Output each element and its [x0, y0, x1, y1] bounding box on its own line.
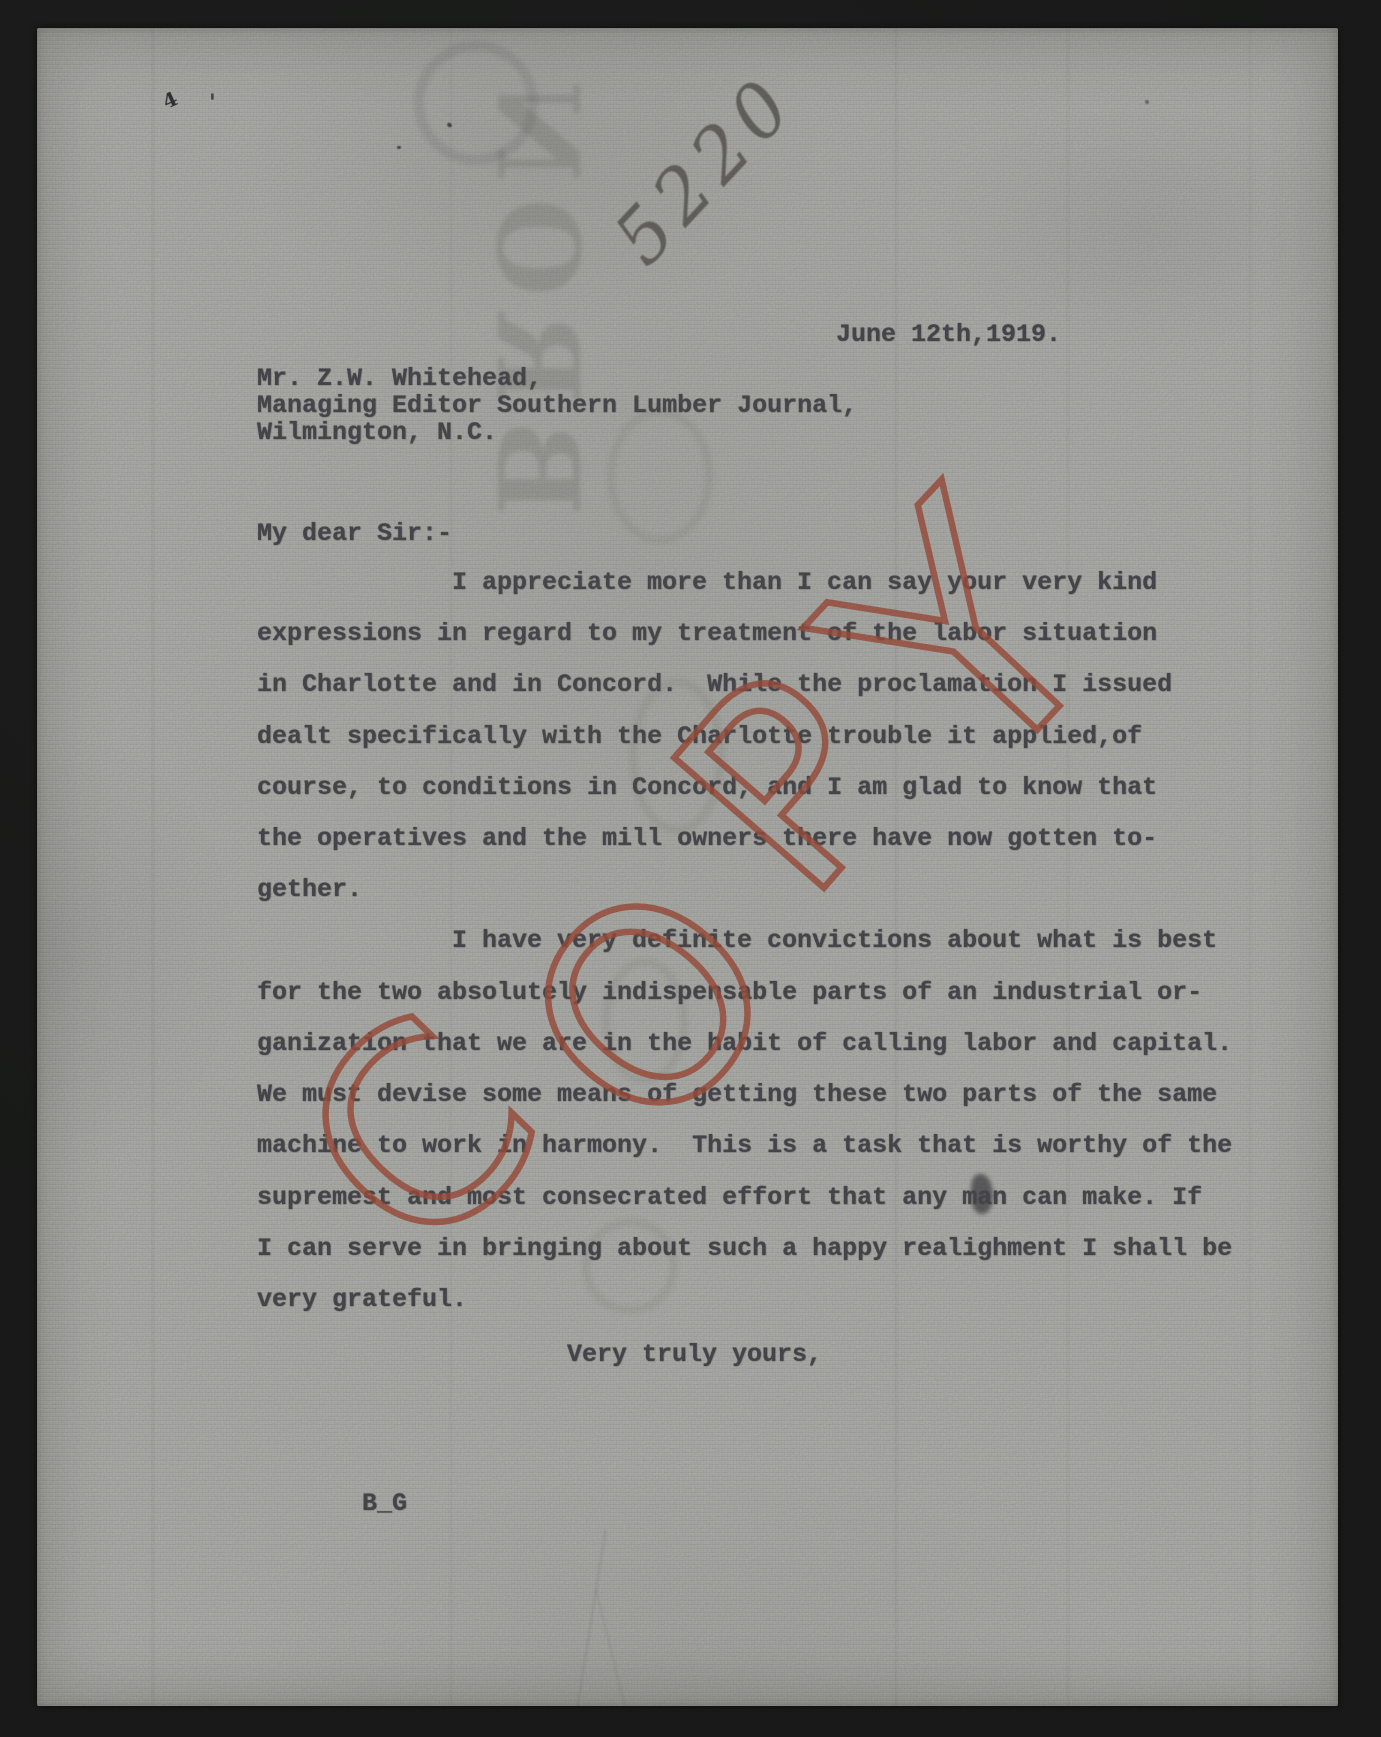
body-line: course, to conditions in Concord, and I … [257, 775, 1157, 801]
handwritten-catalog-number: 5220 [597, 77, 796, 282]
body-line: supremest and most consecrated effort th… [257, 1185, 1202, 1211]
body-line: I have very definite convictions about w… [452, 928, 1217, 954]
recipient-title: Managing Editor Southern Lumber Journal, [257, 393, 857, 419]
ink-speck [1145, 100, 1149, 104]
body-line: in Charlotte and in Concord. While the p… [257, 672, 1172, 698]
pen-quote-mark: ' [209, 90, 216, 116]
paper-crease [152, 28, 154, 1706]
body-line: dealt specifically with the Charlotte tr… [257, 724, 1142, 750]
recipient-name: Mr. Z.W. Whitehead, [257, 366, 542, 392]
letter-body: I appreciate more than I can say your ve… [257, 570, 1337, 1400]
body-line: We must devise some means of getting the… [257, 1082, 1217, 1108]
recipient-city: Wilmington, N.C. [257, 420, 497, 446]
body-line: expressions in regard to my treatment of… [257, 621, 1157, 647]
letter-page: BRON 4 ' 5220 June 12th,1919. Mr. Z.W. W… [37, 28, 1338, 1706]
body-line: gether. [257, 877, 362, 903]
body-line: machine to work in harmony. This is a ta… [257, 1133, 1232, 1159]
body-line: for the two absolutely indispensable par… [257, 980, 1202, 1006]
closing-line: Very truly yours, [567, 1342, 822, 1368]
body-line: ganization that we are in the habit of c… [257, 1031, 1232, 1057]
body-line: I can serve in bringing about such a hap… [257, 1236, 1232, 1262]
body-line: very grateful. [257, 1287, 467, 1313]
body-line: the operatives and the mill owners there… [257, 826, 1157, 852]
body-line: I appreciate more than I can say your ve… [452, 570, 1157, 596]
ink-speck [397, 146, 401, 149]
paper-crease [595, 1590, 631, 1706]
ghost-blob [607, 408, 713, 544]
letter-scan: BRON 4 ' 5220 June 12th,1919. Mr. Z.W. W… [0, 0, 1381, 1737]
salutation: My dear Sir:- [257, 521, 452, 547]
date-line: June 12th,1919. [836, 322, 1061, 348]
pen-tick-mark: 4 [159, 86, 181, 114]
typist-initials: B_G [362, 1491, 407, 1517]
